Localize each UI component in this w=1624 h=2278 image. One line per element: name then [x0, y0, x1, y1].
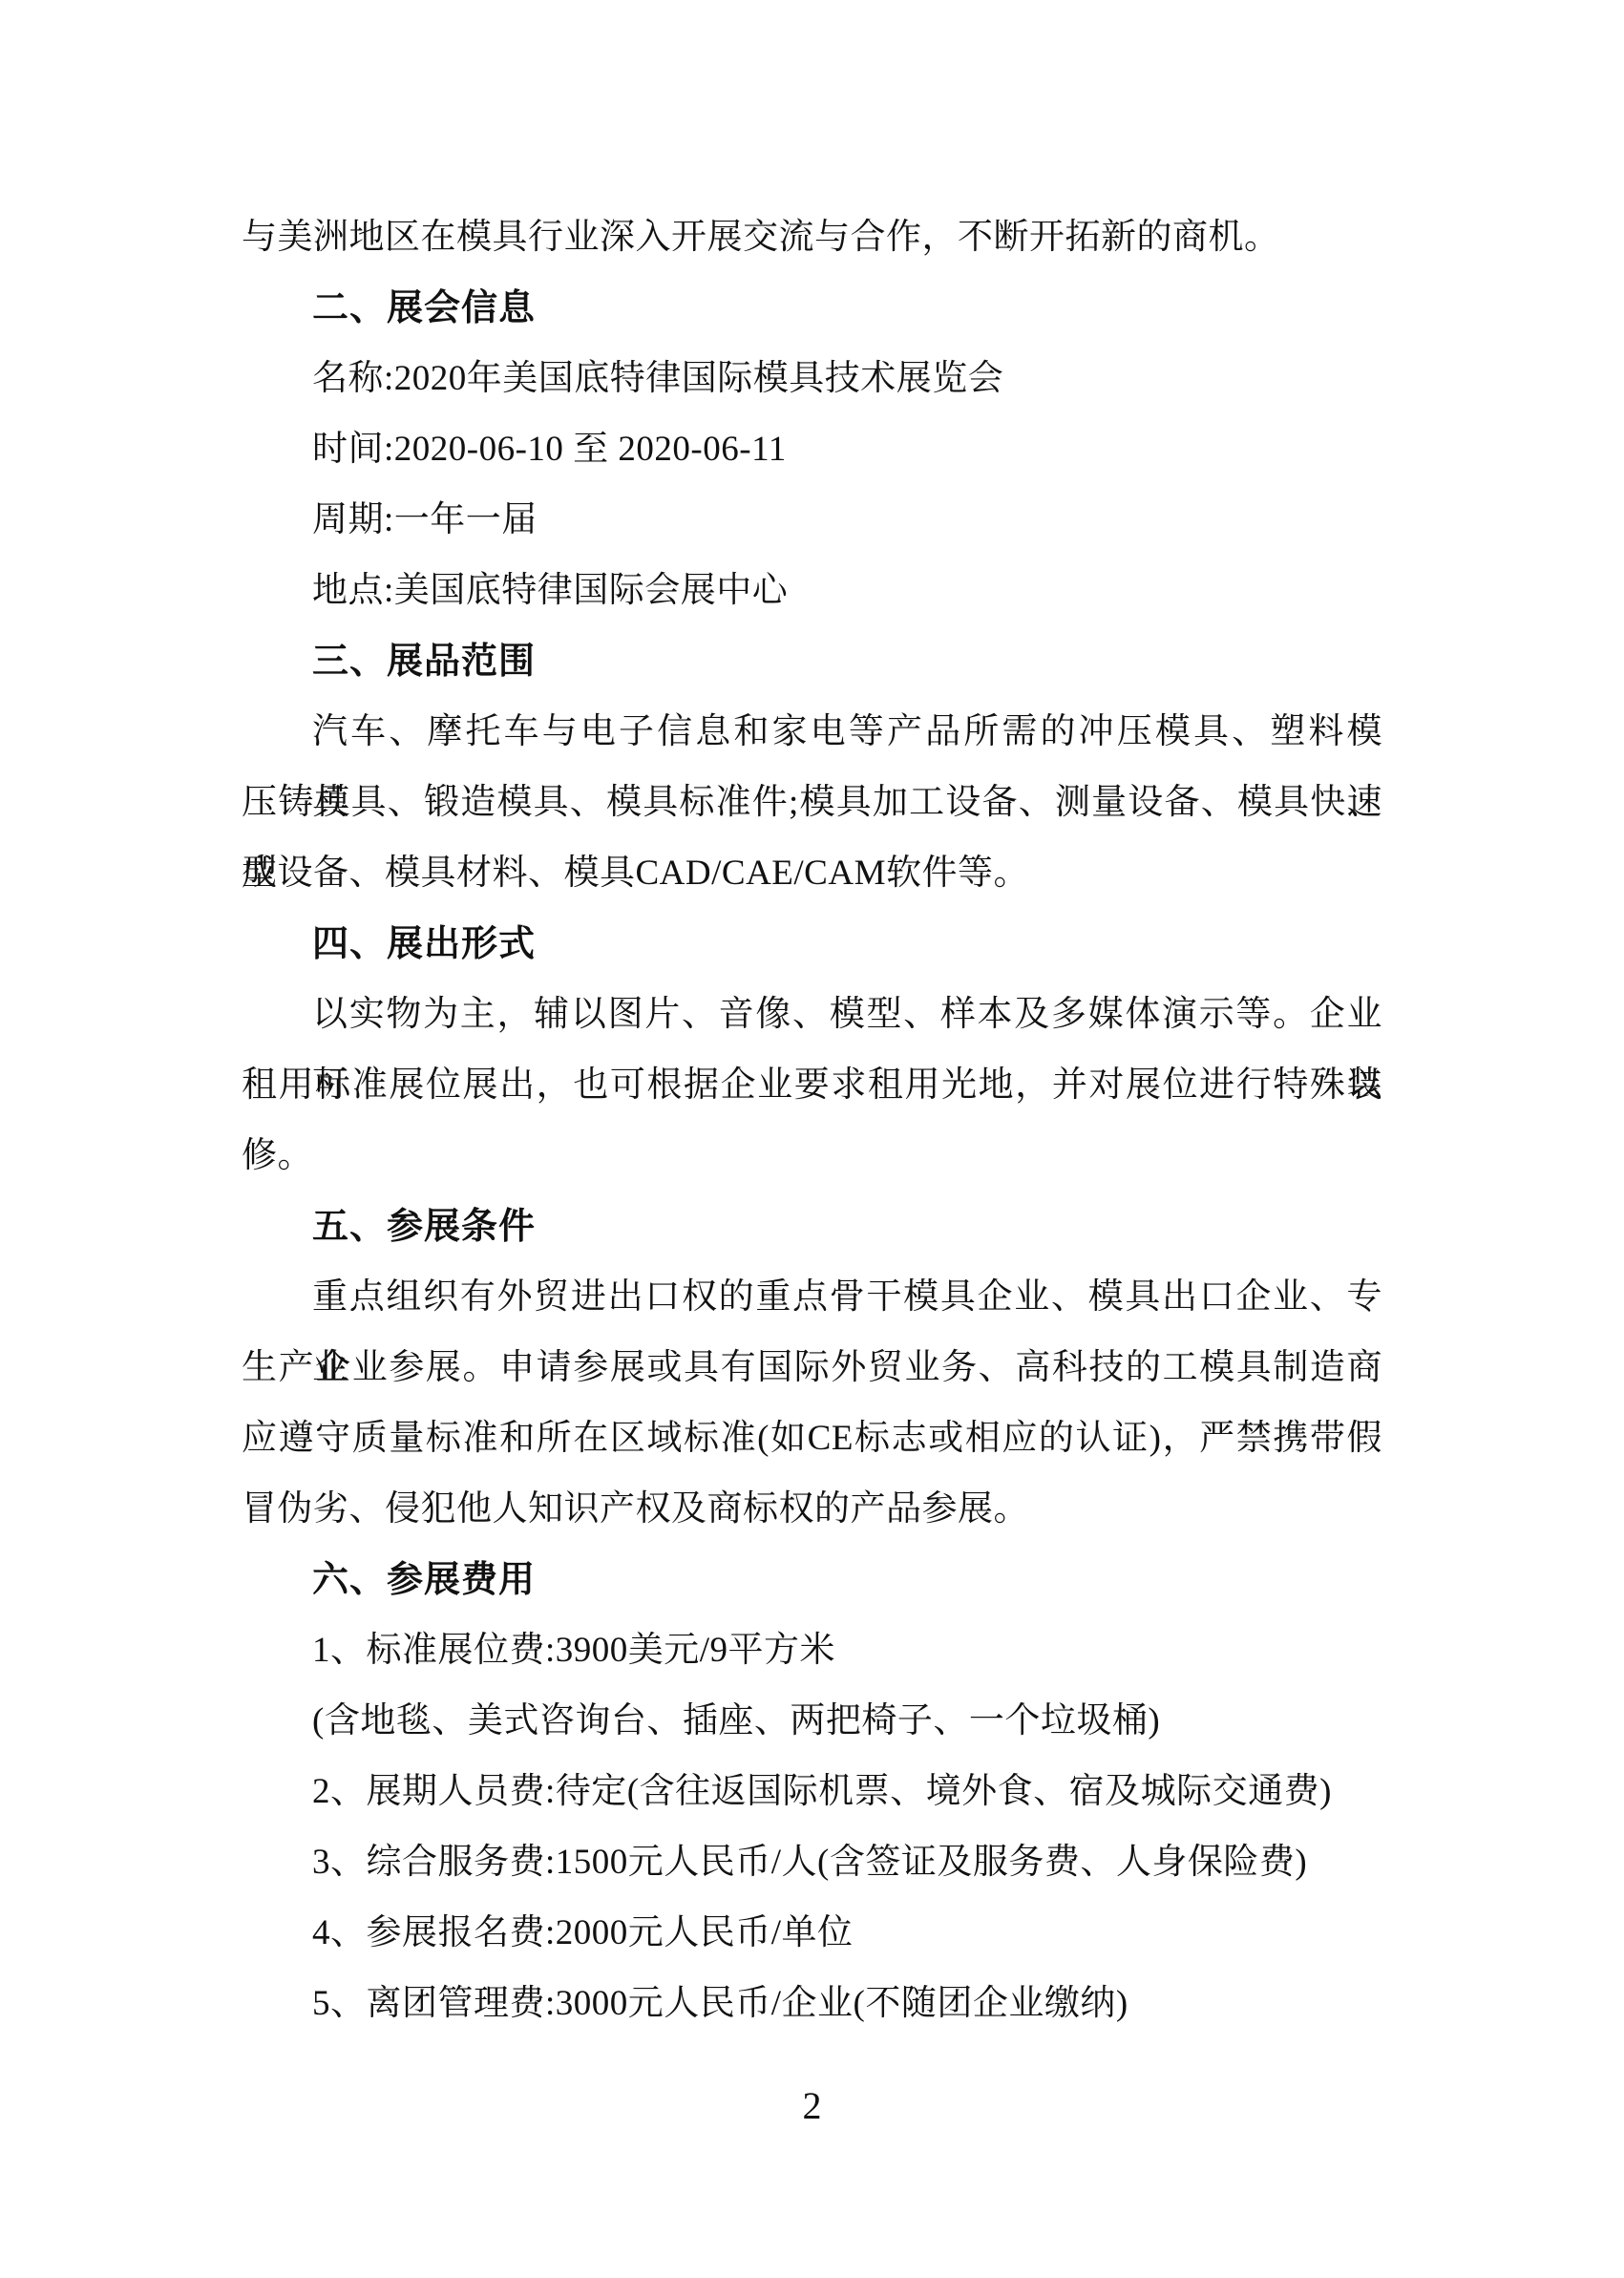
text-line-fee-4: 4、参展报名费:2000元人民币/单位: [242, 1898, 1382, 1969]
text-line: 应遵守质量标准和所在区域标准(如CE标志或相应的认证)，严禁携带假: [242, 1403, 1382, 1474]
text-line: 修。: [242, 1121, 1382, 1192]
text-line: 与美洲地区在模具行业深入开展交流与合作，不断开拓新的商机。: [242, 202, 1382, 273]
document-page: 与美洲地区在模具行业深入开展交流与合作，不断开拓新的商机。 二、展会信息 名称:…: [0, 0, 1624, 2278]
heading-section-6: 六、参展费用: [242, 1545, 1382, 1615]
heading-section-5: 五、参展条件: [242, 1192, 1382, 1262]
heading-section-4: 四、展出形式: [242, 909, 1382, 980]
text-line-fee-3: 3、综合服务费:1500元人民币/人(含签证及服务费、人身保险费): [242, 1827, 1382, 1898]
text-line-fee-1b: (含地毯、美式咨询台、插座、两把椅子、一个垃圾桶): [242, 1686, 1382, 1757]
heading-section-3: 三、展品范围: [242, 626, 1382, 697]
text-line: 重点组织有外贸进出口权的重点骨干模具企业、模具出口企业、专业: [242, 1262, 1382, 1333]
text-line-name: 名称:2020年美国底特律国际模具技术展览会: [242, 344, 1382, 414]
text-line: 以实物为主，辅以图片、音像、模型、样本及多媒体演示等。企业可以: [242, 980, 1382, 1050]
text-line-fee-2: 2、展期人员费:待定(含往返国际机票、境外食、宿及城际交通费): [242, 1757, 1382, 1827]
text-line: 压铸模具、锻造模具、模具标准件;模具加工设备、测量设备、模具快速成: [242, 768, 1382, 838]
text-line-fee-1: 1、标准展位费:3900美元/9平方米: [242, 1615, 1382, 1686]
heading-section-2: 二、展会信息: [242, 273, 1382, 344]
text-line-fee-5: 5、离团管理费:3000元人民币/企业(不随团企业缴纳): [242, 1969, 1382, 2039]
page-number: 2: [0, 2083, 1624, 2129]
text-line: 租用标准展位展出，也可根据企业要求租用光地，并对展位进行特殊装: [242, 1050, 1382, 1121]
text-line: 汽车、摩托车与电子信息和家电等产品所需的冲压模具、塑料模具、: [242, 697, 1382, 768]
text-line-venue: 地点:美国底特律国际会展中心: [242, 556, 1382, 626]
text-line: 型设备、模具材料、模具CAD/CAE/CAM软件等。: [242, 838, 1382, 909]
text-line-cycle: 周期:一年一届: [242, 485, 1382, 556]
text-line-time: 时间:2020-06-10 至 2020-06-11: [242, 414, 1382, 485]
document-body: 与美洲地区在模具行业深入开展交流与合作，不断开拓新的商机。 二、展会信息 名称:…: [242, 202, 1382, 2039]
text-line: 生产企业参展。申请参展或具有国际外贸业务、高科技的工模具制造商: [242, 1333, 1382, 1403]
text-line: 冒伪劣、侵犯他人知识产权及商标权的产品参展。: [242, 1474, 1382, 1545]
